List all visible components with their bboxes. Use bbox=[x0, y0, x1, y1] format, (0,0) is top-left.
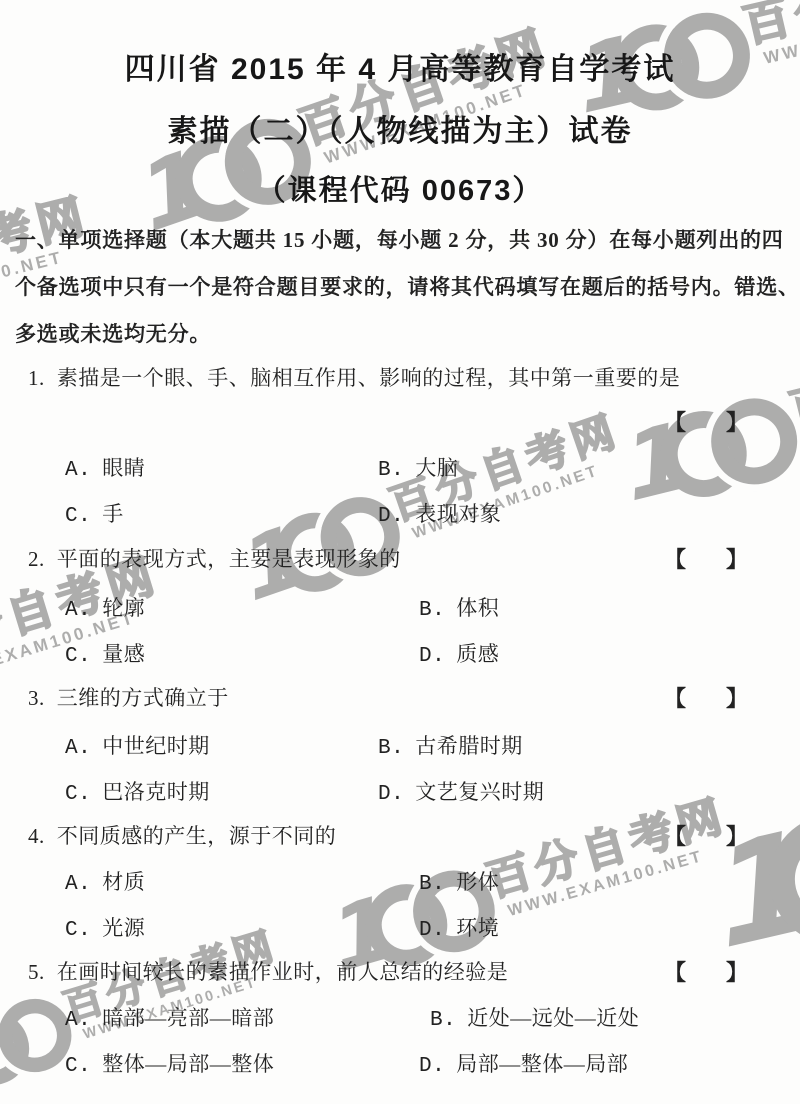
question-text: 在画时间较长的素描作业时，前人总结的经验是 bbox=[57, 960, 509, 984]
exam-content: 四川省 2015 年 4 月高等教育自学考试 素描（二）（人物线描为主）试卷 （… bbox=[0, 0, 800, 1104]
answer-bracket-q4: 【】 bbox=[664, 820, 748, 851]
answer-bracket-q1: 【】 bbox=[664, 406, 748, 437]
option-3c: C.巴洛克时期 bbox=[65, 776, 210, 806]
question-4-stem: 4.不同质感的产生，源于不同的 bbox=[28, 820, 336, 850]
exam-title: 四川省 2015 年 4 月高等教育自学考试 bbox=[0, 44, 800, 88]
answer-bracket-q5: 【】 bbox=[664, 956, 748, 987]
question-text: 不同质感的产生，源于不同的 bbox=[57, 824, 337, 848]
question-text: 三维的方式确立于 bbox=[57, 686, 229, 710]
bracket-open: 【 bbox=[664, 543, 686, 574]
bracket-close: 】 bbox=[726, 956, 748, 987]
section-instructions-line: 多选或未选均无分。 bbox=[15, 318, 211, 348]
option-5c: C.整体—局部—整体 bbox=[65, 1048, 274, 1078]
option-2b: B.体积 bbox=[419, 592, 499, 622]
question-number: 4. bbox=[28, 824, 45, 849]
option-3b: B.古希腊时期 bbox=[378, 730, 523, 760]
bracket-close: 】 bbox=[726, 406, 748, 437]
bracket-close: 】 bbox=[726, 543, 748, 574]
course-code: （课程代码 00673） bbox=[0, 168, 800, 209]
option-4c: C.光源 bbox=[65, 912, 145, 942]
option-3d: D.文艺复兴时期 bbox=[378, 776, 544, 806]
option-1d: D.表现对象 bbox=[378, 498, 501, 528]
bracket-open: 【 bbox=[664, 820, 686, 851]
answer-bracket-q2: 【】 bbox=[664, 543, 748, 574]
option-1a: A.眼睛 bbox=[65, 452, 145, 482]
option-5b: B.近处—远处—近处 bbox=[430, 1002, 639, 1032]
question-number: 2. bbox=[28, 547, 45, 572]
option-3a: A.中世纪时期 bbox=[65, 730, 210, 760]
option-5d: D.局部—整体—局部 bbox=[419, 1048, 628, 1078]
bracket-open: 【 bbox=[664, 406, 686, 437]
question-number: 5. bbox=[28, 960, 45, 985]
question-5-stem: 5.在画时间较长的素描作业时，前人总结的经验是 bbox=[28, 956, 508, 986]
bracket-close: 】 bbox=[726, 820, 748, 851]
exam-subject-title: 素描（二）（人物线描为主）试卷 bbox=[0, 106, 800, 150]
question-3-stem: 3.三维的方式确立于 bbox=[28, 682, 229, 712]
option-1c: C.手 bbox=[65, 498, 124, 528]
bracket-open: 【 bbox=[664, 956, 686, 987]
option-2d: D.质感 bbox=[419, 638, 499, 668]
section-instructions-line: 个备选项中只有一个是符合题目要求的，请将其代码填写在题后的括号内。错选、 bbox=[15, 271, 800, 301]
option-1b: B.大脑 bbox=[378, 452, 458, 482]
option-2c: C.量感 bbox=[65, 638, 145, 668]
option-4b: B.形体 bbox=[419, 866, 499, 896]
question-text: 素描是一个眼、手、脑相互作用、影响的过程，其中第一重要的是 bbox=[57, 366, 681, 390]
question-number: 1. bbox=[28, 366, 45, 391]
option-5a: A.暗部—亮部—暗部 bbox=[65, 1002, 274, 1032]
question-text: 平面的表现方式，主要是表现形象的 bbox=[57, 547, 401, 571]
question-1-stem: 1.素描是一个眼、手、脑相互作用、影响的过程，其中第一重要的是 bbox=[28, 362, 680, 392]
section-instructions-line: 一、单项选择题（本大题共 15 小题，每小题 2 分，共 30 分）在每小题列出… bbox=[15, 224, 784, 254]
answer-bracket-q3: 【】 bbox=[664, 682, 748, 713]
question-number: 3. bbox=[28, 686, 45, 711]
question-2-stem: 2.平面的表现方式，主要是表现形象的 bbox=[28, 543, 401, 573]
option-4d: D.环境 bbox=[419, 912, 499, 942]
bracket-close: 】 bbox=[726, 682, 748, 713]
option-2a: A.轮廓 bbox=[65, 592, 145, 622]
option-4a: A.材质 bbox=[65, 866, 145, 896]
exam-paper-page: 1 百分自考网WWW.EXAM100.NET 百分自考网WWW.EXAM100.… bbox=[0, 0, 800, 1104]
bracket-open: 【 bbox=[664, 682, 686, 713]
